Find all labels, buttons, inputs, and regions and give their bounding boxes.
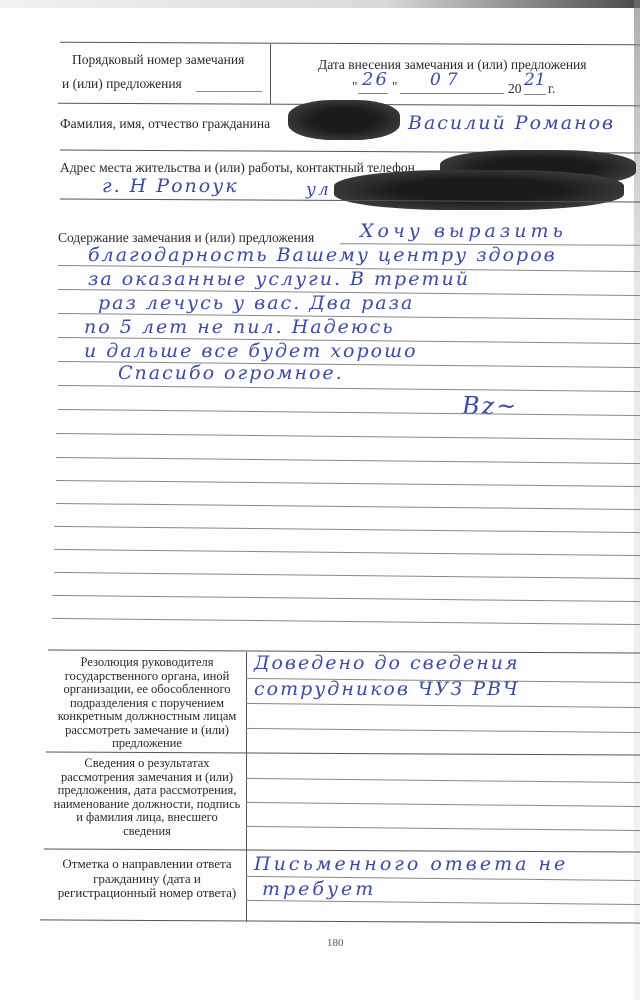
citizen-signature: Bz~ [462, 392, 518, 420]
content-rule [52, 595, 640, 602]
date-day: 26 [362, 69, 389, 90]
results-rule [246, 802, 640, 807]
label-column-divider [246, 652, 247, 922]
content-line: Спасибо огромное. [118, 362, 344, 384]
citizen-name-label: Фамилия, имя, отчество гражданина [60, 116, 270, 132]
header-top-rule [60, 42, 640, 46]
address-city: г. Н Ропоук [102, 175, 239, 197]
date-day-field[interactable] [358, 93, 388, 94]
content-rule [58, 409, 640, 416]
content-rule [54, 549, 640, 556]
results-label: Сведения о результатах рассмотрения заме… [52, 757, 242, 838]
results-top-rule [46, 751, 640, 755]
content-rule [56, 457, 640, 464]
serial-label-2: и (или) предложения [62, 76, 182, 92]
header-divider [270, 44, 271, 104]
content-line: за оказанные услуги. В третий [88, 268, 470, 290]
date-month: 07 [430, 70, 464, 90]
response-line: требует [262, 878, 376, 900]
date-year-prefix: 20 [508, 81, 522, 97]
content-line: раз лечусь у вас. Два раза [98, 292, 414, 314]
address-street-prefix: ул [306, 180, 331, 200]
page-number: 180 [327, 937, 344, 949]
date-year-unit: г. [548, 81, 555, 97]
content-rule [56, 503, 640, 510]
citizen-name-value: Василий Романов [408, 112, 615, 134]
date-month-field[interactable] [400, 93, 504, 94]
content-line: благодарность Вашему центру здоров [88, 244, 557, 266]
response-rule [246, 900, 640, 905]
resolution-rule [246, 703, 640, 708]
date-year-field[interactable] [524, 94, 546, 95]
content-rule [58, 385, 640, 392]
redacted-street [334, 170, 624, 210]
results-rule [246, 778, 640, 783]
redacted-surname [288, 100, 400, 140]
serial-label: Порядковый номер замечания [72, 52, 244, 68]
date-year-suffix: 21 [524, 70, 546, 90]
results-rule [246, 826, 640, 831]
content-rule [54, 526, 640, 533]
response-label: Отметка о направлении ответа гражданину … [52, 857, 242, 901]
scan-edge-shadow-right [634, 0, 640, 1000]
content-rule [56, 480, 640, 487]
content-line: и дальше все будет хорошо [84, 340, 418, 362]
scan-edge-shadow [0, 0, 640, 8]
form-bottom-rule [40, 919, 640, 923]
serial-number-field[interactable] [196, 91, 262, 92]
response-top-rule [44, 848, 640, 852]
date-quote-close: " [392, 79, 398, 95]
content-rule [52, 618, 640, 625]
address-label: Адрес места жительства и (или) работы, к… [60, 160, 415, 176]
resolution-label: Резолюция руководителя государственного … [52, 656, 242, 751]
content-line: Хочу выразить [360, 220, 567, 242]
resolution-rule [246, 728, 640, 733]
content-rule [54, 572, 640, 579]
content-rule [56, 433, 640, 440]
content-line: по 5 лет не пил. Надеюсь [84, 316, 395, 338]
response-line: Письменного ответа не [254, 853, 568, 875]
date-quote-open: " [352, 79, 358, 95]
resolution-line: Доведено до сведения [254, 652, 520, 674]
